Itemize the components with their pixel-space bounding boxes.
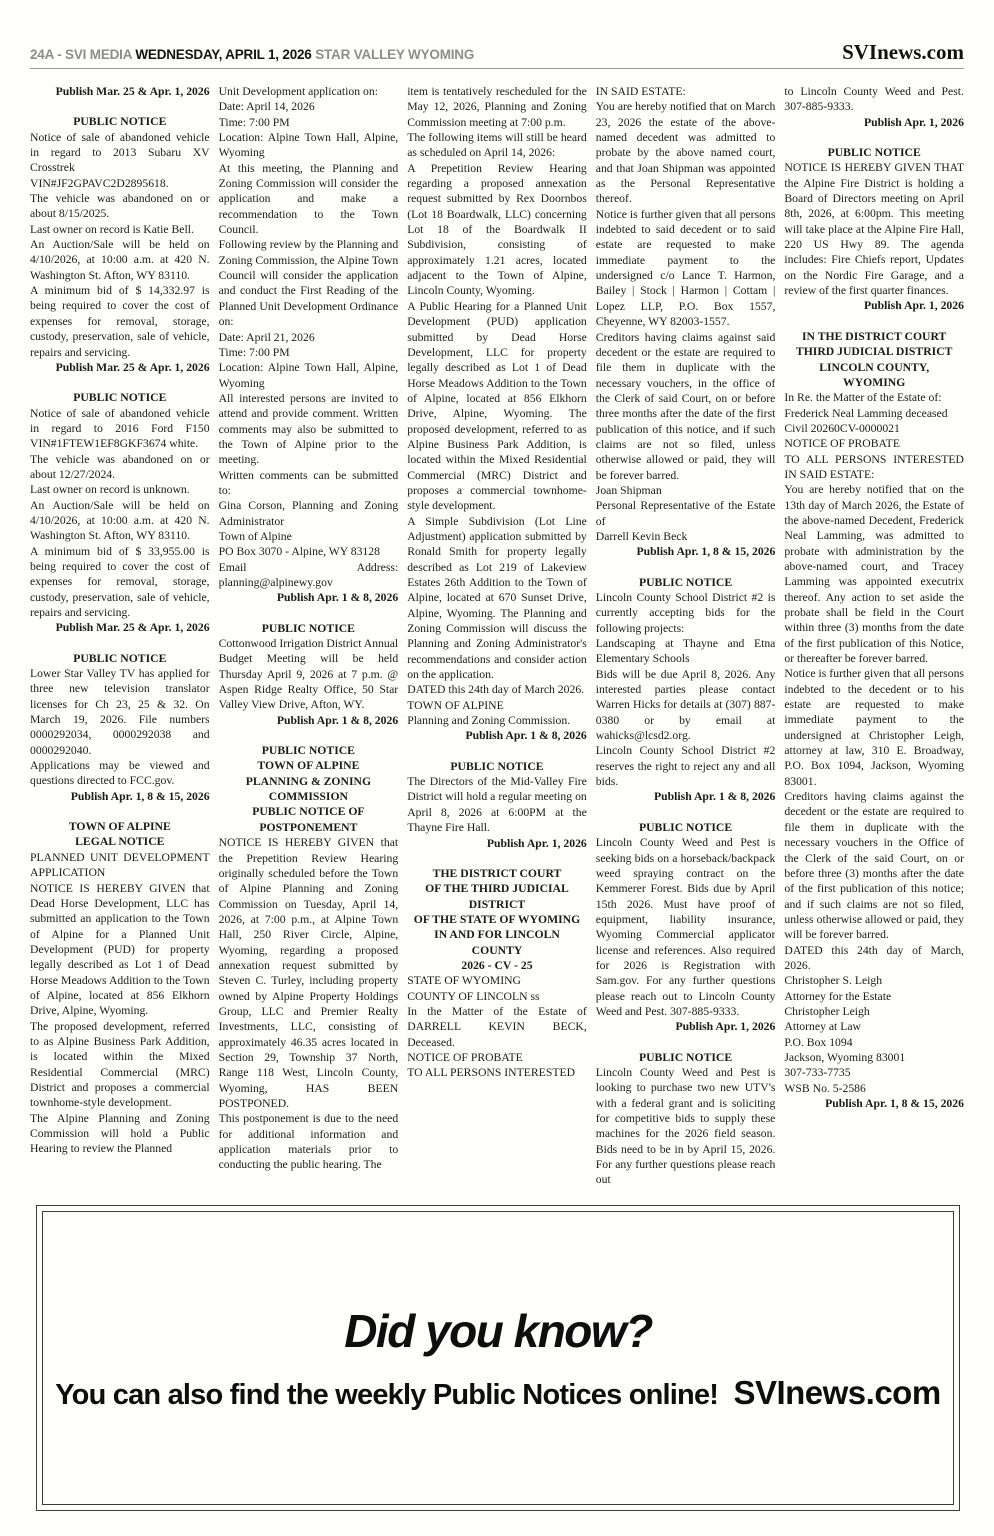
notice-line: Christopher S. Leigh: [784, 973, 964, 988]
notice-paragraph: You are hereby notified that on March 23…: [596, 99, 776, 206]
notice-paragraph: Lincoln County Weed and Pest is seeking …: [596, 835, 776, 1019]
notice-heading: OF THE THIRD JUDICIAL: [407, 881, 587, 896]
notice-heading: COMMISSION: [219, 789, 399, 804]
publish-line: Publish Apr. 1 & 8, 2026: [219, 713, 399, 728]
notice-line: Date: April 21, 2026: [219, 330, 399, 345]
notice-line: Attorney for the Estate: [784, 989, 964, 1004]
notice-paragraph: You are hereby notified that on the 13th…: [784, 482, 964, 666]
masthead-divider: [30, 68, 964, 69]
newspaper-public-notices-page: 24A - SVI MEDIA WEDNESDAY, APRIL 1, 2026…: [0, 0, 994, 1536]
notice-heading: LEGAL NOTICE: [30, 834, 210, 849]
did-you-know-banner-inner: Did you know? You can also find the week…: [42, 1211, 954, 1505]
notice-paragraph: The proposed development, referred to as…: [30, 1019, 210, 1111]
notice-paragraph: to Lincoln County Weed and Pest. 307-885…: [784, 84, 964, 115]
notice-heading: DISTRICT: [407, 897, 587, 912]
notice-paragraph: A Prepetition Review Hearing regarding a…: [407, 161, 587, 299]
notice-heading: THIRD JUDICIAL DISTRICT: [784, 344, 964, 359]
notice-paragraph: Written comments can be submitted to:: [219, 468, 399, 499]
publish-line: Publish Mar. 25 & Apr. 1, 2026: [30, 620, 210, 635]
notice-paragraph: PLANNED UNIT DEVELOPMENT APPLICATION: [30, 850, 210, 881]
publish-line: Publish Apr. 1, 2026: [784, 298, 964, 313]
notice-heading: PUBLIC NOTICE: [596, 575, 776, 590]
notice-line: 307-733-7735: [784, 1065, 964, 1080]
notice-line: TO ALL PERSONS INTERESTED: [407, 1065, 587, 1080]
notice-line: WSB No. 5-2586: [784, 1081, 964, 1096]
notice-heading: PUBLIC NOTICE: [30, 390, 210, 405]
notice-paragraph: Last owner on record is Katie Bell.: [30, 222, 210, 237]
notice-paragraph: Cottonwood Irrigation District Annual Bu…: [219, 636, 399, 713]
notice-line: Joan Shipman: [596, 483, 776, 498]
publish-line: Publish Apr. 1, 2026: [407, 836, 587, 851]
notice-line: NOTICE OF PROBATE: [784, 436, 964, 451]
notice-heading: PUBLIC NOTICE: [596, 820, 776, 835]
notice-heading: WYOMING: [784, 375, 964, 390]
notice-columns: Publish Mar. 25 & Apr. 1, 2026PUBLIC NOT…: [30, 84, 964, 1192]
notice-paragraph: In the Matter of the Estate of DARRELL K…: [407, 1004, 587, 1050]
masthead-location: STAR VALLEY WYOMING: [315, 47, 474, 62]
notice-heading: PUBLIC NOTICE OF: [219, 804, 399, 819]
publish-line: Publish Apr. 1, 8 & 15, 2026: [30, 789, 210, 804]
notice-column-4: IN SAID ESTATE:You are hereby notified t…: [596, 84, 776, 1192]
notice-paragraph: Planning and Zoning Commission.: [407, 713, 587, 728]
notice-line: Town of Alpine: [219, 529, 399, 544]
notice-paragraph: NOTICE IS HEREBY GIVEN THAT the Alpine F…: [784, 160, 964, 298]
did-you-know-banner: Did you know? You can also find the week…: [36, 1205, 960, 1511]
publish-line: Publish Apr. 1, 8 & 15, 2026: [596, 544, 776, 559]
notice-column-3: item is tentatively rescheduled for the …: [407, 84, 587, 1192]
notice-paragraph: A Public Hearing for a Planned Unit Deve…: [407, 299, 587, 514]
notice-paragraph: NOTICE IS HEREBY GIVEN that Dead Horse D…: [30, 881, 210, 1019]
notice-heading: 2026 - CV - 25: [407, 958, 587, 973]
notice-heading: OF THE STATE OF WYOMING: [407, 912, 587, 927]
notice-paragraph: Last owner on record is unknown.: [30, 482, 210, 497]
notice-heading: POSTPONEMENT: [219, 820, 399, 835]
banner-title: Did you know?: [344, 1304, 652, 1358]
notice-paragraph: Creditors having claims against the dece…: [784, 789, 964, 942]
notice-heading: IN AND FOR LINCOLN: [407, 927, 587, 942]
notice-line: COUNTY OF LINCOLN ss: [407, 989, 587, 1004]
banner-message: You can also find the weekly Public Noti…: [55, 1374, 940, 1412]
publish-line: Publish Apr. 1, 8 & 15, 2026: [784, 1096, 964, 1111]
notice-line: PO Box 3070 - Alpine, WY 83128: [219, 544, 399, 559]
masthead: 24A - SVI MEDIA WEDNESDAY, APRIL 1, 2026…: [30, 40, 964, 65]
notice-paragraph: Creditors having claims against said dec…: [596, 330, 776, 483]
notice-heading: THE DISTRICT COURT: [407, 866, 587, 881]
notice-line: STATE OF WYOMING: [407, 973, 587, 988]
page-edition-label: 24A - SVI MEDIA: [30, 47, 132, 62]
notice-paragraph: The Alpine Planning and Zoning Commissio…: [30, 1111, 210, 1157]
publish-line: Publish Apr. 1, 2026: [784, 115, 964, 130]
notice-heading: PLANNING & ZONING: [219, 774, 399, 789]
notice-paragraph: A minimum bid of $ 33,955.00 is being re…: [30, 544, 210, 621]
notice-heading: IN THE DISTRICT COURT: [784, 329, 964, 344]
publish-line: Publish Apr. 1 & 8, 2026: [407, 728, 587, 743]
banner-website: SVInews.com: [733, 1374, 940, 1411]
notice-line: Civil 20260CV-0000021: [784, 421, 964, 436]
notice-line: NOTICE OF PROBATE: [407, 1050, 587, 1065]
notice-paragraph: Lincoln County Weed and Pest is looking …: [596, 1065, 776, 1188]
notice-paragraph: An Auction/Sale will be held on 4/10/202…: [30, 498, 210, 544]
notice-paragraph: The following items will still be heard …: [407, 130, 587, 161]
notice-paragraph: Location: Alpine Town Hall, Alpine, Wyom…: [219, 130, 399, 161]
notice-paragraph: Lincoln County School District #2 is cur…: [596, 590, 776, 636]
notice-paragraph: Notice of sale of abandoned vehicle in r…: [30, 406, 210, 452]
publish-line: Publish Mar. 25 & Apr. 1, 2026: [30, 84, 210, 99]
publish-line: Publish Apr. 1 & 8, 2026: [596, 789, 776, 804]
notice-paragraph: Gina Corson, Planning and Zoning Adminis…: [219, 498, 399, 529]
masthead-left: 24A - SVI MEDIA WEDNESDAY, APRIL 1, 2026…: [30, 47, 474, 62]
notice-paragraph: This postponement is due to the need for…: [219, 1111, 399, 1172]
notice-paragraph: Notice is further given that all persons…: [596, 207, 776, 330]
notice-heading: PUBLIC NOTICE: [596, 1050, 776, 1065]
notice-paragraph: Lincoln County School District #2 reserv…: [596, 743, 776, 789]
notice-heading: TOWN OF ALPINE: [219, 758, 399, 773]
notice-line: Jackson, Wyoming 83001: [784, 1050, 964, 1065]
notice-paragraph: Landscaping at Thayne and Etna Elementar…: [596, 636, 776, 667]
notice-heading: PUBLIC NOTICE: [784, 145, 964, 160]
notice-heading: LINCOLN COUNTY,: [784, 360, 964, 375]
notice-paragraph: The vehicle was abandoned on or about 12…: [30, 452, 210, 483]
notice-line: TOWN OF ALPINE: [407, 698, 587, 713]
notice-heading: PUBLIC NOTICE: [407, 759, 587, 774]
notice-column-2: Unit Development application on:Date: Ap…: [219, 84, 399, 1192]
notice-heading: PUBLIC NOTICE: [219, 743, 399, 758]
notice-paragraph: Unit Development application on:: [219, 84, 399, 99]
notice-heading: COUNTY: [407, 943, 587, 958]
notice-paragraph: item is tentatively rescheduled for the …: [407, 84, 587, 130]
publish-line: Publish Apr. 1 & 8, 2026: [219, 590, 399, 605]
notice-paragraph: DATED this 24th day of March, 2026.: [784, 943, 964, 974]
notice-paragraph: At this meeting, the Planning and Zoning…: [219, 161, 399, 238]
publish-line: Publish Apr. 1, 2026: [596, 1019, 776, 1034]
notice-paragraph: NOTICE IS HEREBY GIVEN that the Prepetit…: [219, 835, 399, 1111]
notice-line: Christopher Leigh: [784, 1004, 964, 1019]
notice-paragraph: Bids will be due April 8, 2026. Any inte…: [596, 667, 776, 744]
notice-heading: PUBLIC NOTICE: [30, 114, 210, 129]
notice-paragraph: Notice is further given that all persons…: [784, 666, 964, 789]
notice-paragraph: Following review by the Planning and Zon…: [219, 237, 399, 329]
notice-paragraph: Lower Star Valley TV has applied for thr…: [30, 666, 210, 758]
banner-message-text: You can also find the weekly Public Noti…: [55, 1379, 718, 1411]
notice-line: Attorney at Law: [784, 1019, 964, 1034]
notice-heading: PUBLIC NOTICE: [30, 651, 210, 666]
notice-paragraph: The Directors of the Mid-Valley Fire Dis…: [407, 774, 587, 835]
notice-paragraph: Personal Representative of the Estate of: [596, 498, 776, 529]
notice-column-5: to Lincoln County Weed and Pest. 307-885…: [784, 84, 964, 1192]
masthead-website: SVInews.com: [842, 40, 964, 65]
notice-paragraph: TO ALL PERSONS INTERESTED IN SAID ESTATE…: [784, 452, 964, 483]
notice-paragraph: A minimum bid of $ 14,332.97 is being re…: [30, 283, 210, 360]
publish-line: Publish Mar. 25 & Apr. 1, 2026: [30, 360, 210, 375]
notice-line: Time: 7:00 PM: [219, 115, 399, 130]
notice-paragraph: Applications may be viewed and questions…: [30, 758, 210, 789]
notice-paragraph: An Auction/Sale will be held on 4/10/202…: [30, 237, 210, 283]
notice-line: P.O. Box 1094: [784, 1035, 964, 1050]
notice-line: Darrell Kevin Beck: [596, 529, 776, 544]
notice-line: Date: April 14, 2026: [219, 99, 399, 114]
notice-paragraph: A Simple Subdivision (Lot Line Adjustmen…: [407, 514, 587, 683]
notice-line: Time: 7:00 PM: [219, 345, 399, 360]
notice-line: In Re. the Matter of the Estate of:: [784, 390, 964, 405]
notice-column-1: Publish Mar. 25 & Apr. 1, 2026PUBLIC NOT…: [30, 84, 210, 1192]
notice-paragraph: The vehicle was abandoned on or about 8/…: [30, 191, 210, 222]
notice-paragraph: Location: Alpine Town Hall, Alpine, Wyom…: [219, 360, 399, 391]
notice-paragraph: All interested persons are invited to at…: [219, 391, 399, 468]
notice-heading: PUBLIC NOTICE: [219, 621, 399, 636]
masthead-date: WEDNESDAY, APRIL 1, 2026: [135, 47, 311, 62]
notice-line: IN SAID ESTATE:: [596, 84, 776, 99]
notice-paragraph: Frederick Neal Lamming deceased: [784, 406, 964, 421]
notice-paragraph: DATED this 24th day of March 2026.: [407, 682, 587, 697]
notice-paragraph: Notice of sale of abandoned vehicle in r…: [30, 130, 210, 191]
notice-heading: TOWN OF ALPINE: [30, 819, 210, 834]
notice-paragraph: Email Address: planning@alpinewy.gov: [219, 560, 399, 591]
